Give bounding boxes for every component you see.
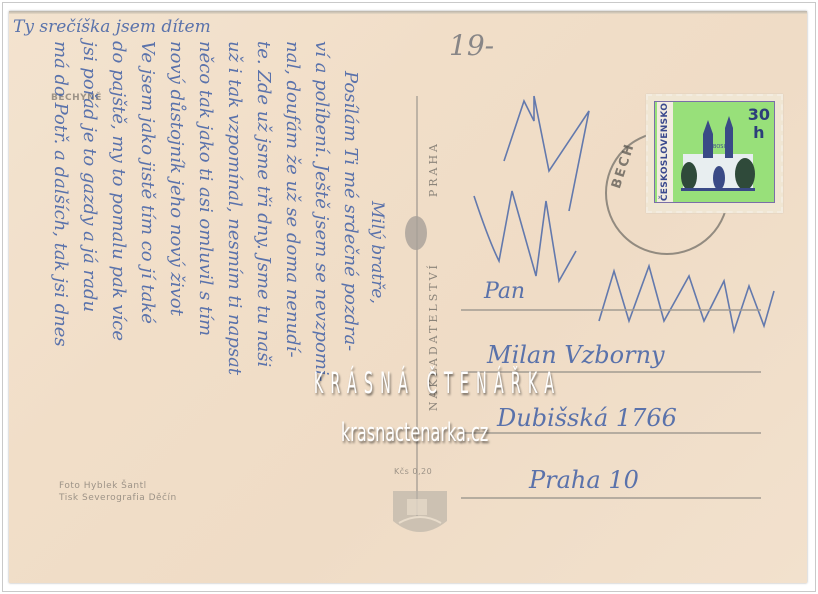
watermark-url[interactable]: krasnactenarka.cz <box>341 418 474 448</box>
address-line-1 <box>461 309 761 311</box>
message-line: nal, doufám že už se doma nenudí- <box>282 41 303 358</box>
message-line: jsi pořád je to gazdy a já radu <box>79 41 100 312</box>
message-line: Ve jsem jako jistě tím co jí také <box>137 41 158 324</box>
message-greeting: Milý bratře, <box>367 201 387 304</box>
postcard: Ty srečíška jsem dítem BECHYNĚ Foto Hybl… <box>9 11 807 583</box>
address-salutation: Pan <box>484 279 525 304</box>
center-divider <box>416 96 418 516</box>
message-line: Posílám Ti mé srdečné pozdra- <box>340 71 361 351</box>
pressfoto-logo <box>405 216 427 250</box>
message-top-line: Ty srečíška jsem dítem <box>13 17 211 37</box>
address-line-4 <box>461 497 761 499</box>
address-street: Dubišská 1766 <box>497 404 677 432</box>
message-line: te. Zde už jsme tři dny. Jsme tu naši <box>253 41 274 367</box>
message-line: něco tak jako ti asi omluvil s tím <box>195 41 216 336</box>
watermark-title: KRÁSNÁ ČTENÁŘKA <box>314 366 504 400</box>
tax-stamp-price: Kčs 0,20 <box>394 467 432 476</box>
print-credit: Tisk Severografia Děčín <box>59 493 177 503</box>
address-name: Milan Vzborny <box>487 341 665 369</box>
postage-stamp: ČESKOSLOVENSKO 30 h BOSICE <box>646 94 783 213</box>
message-line: nový důstojník jeho nový život <box>166 41 187 316</box>
stamp-town: BOSICE <box>713 144 732 150</box>
message-line: má do Potř. a dalších, tak jsi dnes <box>50 41 71 347</box>
address-city: Praha 10 <box>529 466 639 494</box>
message-line: už i tak vzpomínal, nesmím ti napsat <box>224 41 245 375</box>
publisher-city: PRAHA <box>427 141 440 197</box>
castle-icon <box>675 114 757 196</box>
message-line: do pajště, my to pomalu pak více <box>108 41 129 341</box>
address-line-3 <box>461 432 761 434</box>
photo-credit: Foto Hyblek Šantl <box>59 481 147 491</box>
pencil-note: 19- <box>449 29 494 62</box>
tax-stamp-icon <box>385 481 455 541</box>
message-line: ví a políbení. Ještě jsem se nevzpomi- <box>311 41 332 382</box>
stamp-country: ČESKOSLOVENSKO <box>657 102 673 202</box>
